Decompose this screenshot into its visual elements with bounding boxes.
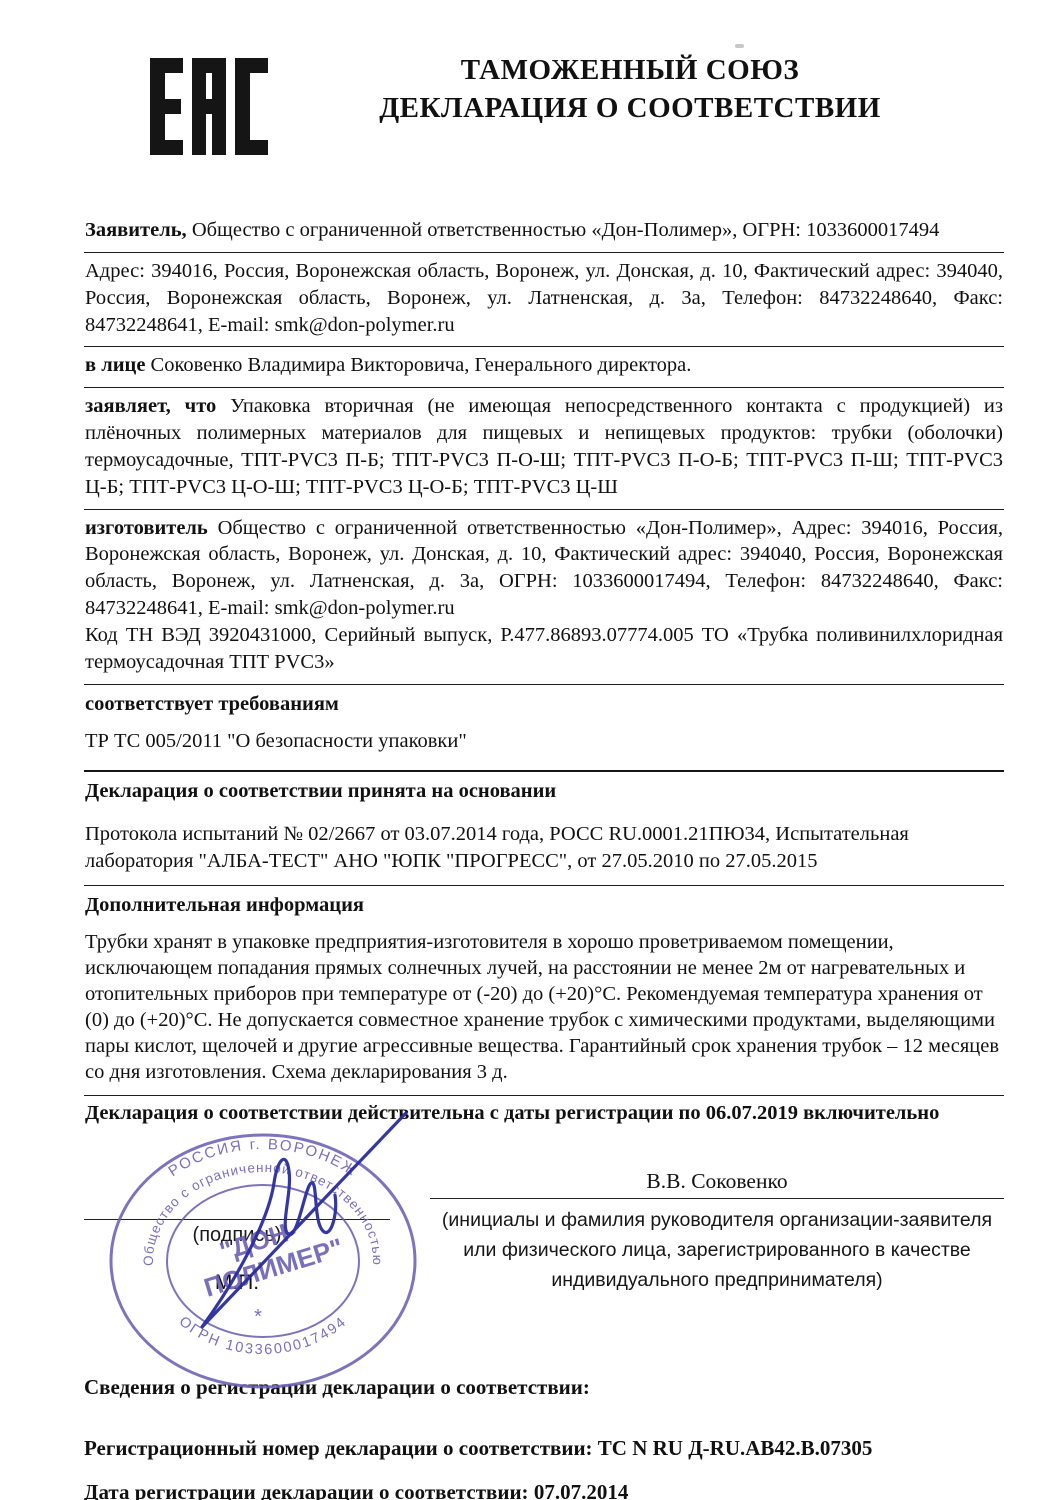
applicant-label: Заявитель,: [85, 219, 187, 241]
address-text: Адрес: 394016, Россия, Воронежская облас…: [85, 260, 1003, 336]
title-line-2: ДЕКЛАРАЦИЯ О СООТВЕТСТВИИ: [250, 90, 1010, 128]
manufacturer-text: Общество с ограниченной ответственностью…: [85, 517, 1003, 620]
signature-caption: (подпись): [84, 1220, 390, 1247]
additional-info-row: Дополнительная информация Трубки хранят …: [84, 885, 1004, 1095]
stamp-star: *: [254, 1306, 262, 1328]
additional-info-heading: Дополнительная информация: [85, 891, 1003, 925]
registration-date-value: 07.07.2014: [534, 1480, 629, 1500]
applicant-row: Заявитель, Общество с ограниченной ответ…: [84, 212, 1004, 252]
manufacturer-paragraph: изготовитель Общество с ограниченной отв…: [85, 515, 1003, 622]
eac-logo-icon: [150, 58, 268, 155]
registration-section: Сведения о регистрации декларации о соот…: [84, 1375, 1004, 1500]
head-name: В.В. Соковенко: [430, 1143, 1004, 1198]
document-body: Заявитель, Общество с ограниченной ответ…: [84, 212, 1004, 1133]
tn-ved-code-line: Код ТН ВЭД 3920431000, Серийный выпуск, …: [85, 622, 1003, 676]
applicant-text: Общество с ограниченной ответственностью…: [192, 219, 940, 241]
requirements-row: соответствует требованиям ТР ТС 005/2011…: [84, 684, 1004, 771]
validity-row: Декларация о соответствии действительна …: [84, 1095, 1004, 1133]
scan-artifact: [735, 44, 744, 48]
basis-text: Протокола испытаний № 02/2667 от 03.07.2…: [85, 811, 1003, 877]
requirements-text: ТР ТС 005/2011 "О безопасности упаковки": [85, 724, 1003, 757]
additional-info-text: Трубки хранят в упаковке предприятия-изг…: [85, 925, 1003, 1087]
signature-left-block: (подпись) М.П.: [84, 1143, 390, 1295]
declares-label: заявляет, что: [85, 395, 216, 417]
registration-number-value: ТС N RU Д-RU.АВ42.В.07305: [598, 1436, 873, 1460]
registration-date-line: Дата регистрации декларации о соответств…: [84, 1480, 1004, 1500]
in-person-label: в лице: [85, 354, 145, 376]
basis-row: Декларация о соответствии принята на осн…: [84, 770, 1004, 885]
registration-number-line: Регистрационный номер декларации о соотв…: [84, 1436, 1004, 1461]
stamp-ogrn-text: ОГРН 1033600017494: [176, 1313, 350, 1358]
signature-line: [84, 1143, 390, 1220]
in-person-row: в лице Соковенко Владимира Викторовича, …: [84, 346, 1004, 387]
declares-row: заявляет, что Упаковка вторичная (не име…: [84, 387, 1004, 508]
signature-area: (подпись) М.П. В.В. Соковенко (инициалы …: [84, 1143, 1004, 1361]
document-title: ТАМОЖЕННЫЙ СОЮЗ ДЕКЛАРАЦИЯ О СООТВЕТСТВИ…: [250, 52, 1010, 127]
declaration-document: ТАМОЖЕННЫЙ СОЮЗ ДЕКЛАРАЦИЯ О СООТВЕТСТВИ…: [0, 0, 1060, 1500]
registration-date-label: Дата регистрации декларации о соответств…: [84, 1480, 529, 1500]
address-row: Адрес: 394016, Россия, Воронежская облас…: [84, 252, 1004, 347]
manufacturer-label: изготовитель: [85, 517, 208, 539]
svg-text:ОГРН 1033600017494: ОГРН 1033600017494: [176, 1313, 350, 1358]
mp-label: М.П.: [84, 1247, 390, 1295]
signature-right-block: В.В. Соковенко (инициалы и фамилия руков…: [430, 1143, 1004, 1296]
head-name-caption: (инициалы и фамилия руководителя организ…: [430, 1199, 1004, 1296]
requirements-heading: соответствует требованиям: [85, 690, 1003, 724]
document-header: ТАМОЖЕННЫЙ СОЮЗ ДЕКЛАРАЦИЯ О СООТВЕТСТВИ…: [0, 0, 1060, 212]
declares-text: Упаковка вторичная (не имеющая непосредс…: [85, 395, 1003, 498]
title-line-1: ТАМОЖЕННЫЙ СОЮЗ: [250, 52, 1010, 90]
registration-number-label: Регистрационный номер декларации о соотв…: [84, 1436, 593, 1460]
in-person-text: Соковенко Владимира Викторовича, Генерал…: [151, 354, 692, 376]
manufacturer-row: изготовитель Общество с ограниченной отв…: [84, 509, 1004, 684]
basis-heading: Декларация о соответствии принята на осн…: [85, 777, 1003, 811]
registration-heading: Сведения о регистрации декларации о соот…: [84, 1375, 1004, 1400]
